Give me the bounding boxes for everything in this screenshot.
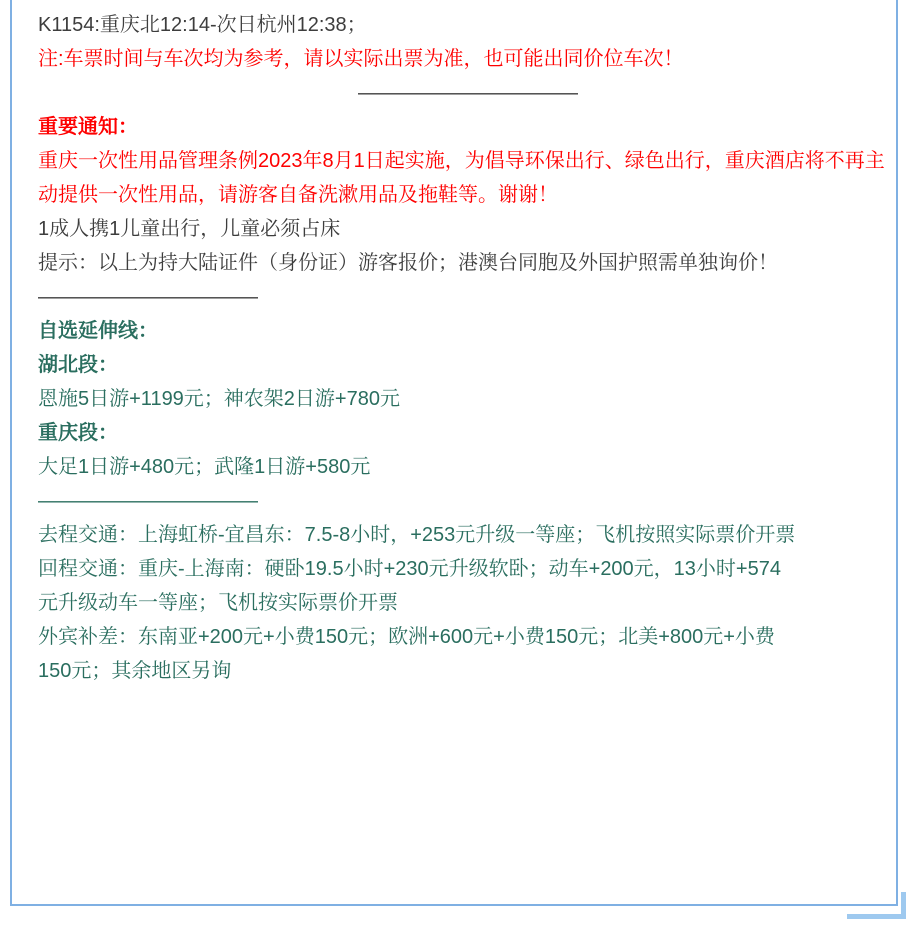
divider-centered: ——————————— <box>38 76 898 110</box>
foreign-guest-surcharge-paragraph: 外宾补差：东南亚+200元+小费150元；欧洲+600元+小费150元；北美+8… <box>38 620 898 688</box>
hubei-extension-prices-text: 恩施5日游+1199元；神农架2日游+780元 <box>38 382 898 416</box>
hubei-section-heading-text: 湖北段： <box>38 348 898 382</box>
foreign-guest-surcharge-line-2: 150元；其余地区另询 <box>38 654 898 688</box>
hubei-extension-prices: 恩施5日游+1199元；神农架2日游+780元 <box>38 382 898 416</box>
pricing-tip-text: 提示：以上为持大陆证件（身份证）游客报价；港澳台同胞及外国护照需单独询价！ <box>38 246 898 280</box>
important-notice-heading-text: 重要通知： <box>38 110 898 144</box>
divider-left-dark: ——————————— <box>38 280 898 314</box>
foreign-guest-surcharge-line-1: 外宾补差：东南亚+200元+小费150元；欧洲+600元+小费150元；北美+8… <box>38 620 898 654</box>
train-schedule-text: K1154:重庆北12:14-次日杭州12:38； <box>38 8 898 42</box>
ticket-disclaimer-text: 注:车票时间与车次均为参考，请以实际出票为准，也可能出同价位车次！ <box>38 42 898 76</box>
extension-lines-heading-text: 自选延伸线： <box>38 314 898 348</box>
outbound-transport-line: 去程交通：上海虹桥-宜昌东：7.5-8小时，+253元升级一等座；飞机按照实际票… <box>38 518 898 552</box>
content-frame: K1154:重庆北12:14-次日杭州12:38； 注:车票时间与车次均为参考，… <box>10 0 898 906</box>
itinerary-notes-body: K1154:重庆北12:14-次日杭州12:38； 注:车票时间与车次均为参考，… <box>38 8 898 688</box>
return-transport-line-2: 元升级动车一等座；飞机按实际票价开票 <box>38 586 898 620</box>
important-notice-heading: 重要通知： <box>38 110 898 144</box>
important-notice-paragraph: 重庆一次性用品管理条例2023年8月1日起实施，为倡导环保出行、绿色出行，重庆酒… <box>38 144 898 212</box>
outbound-transport-text: 去程交通：上海虹桥-宜昌东：7.5-8小时，+253元升级一等座；飞机按照实际票… <box>38 518 898 552</box>
child-policy-text: 1成人携1儿童出行，儿童必须占床 <box>38 212 898 246</box>
chongqing-section-heading: 重庆段： <box>38 416 898 450</box>
ticket-disclaimer-line: 注:车票时间与车次均为参考，请以实际出票为准，也可能出同价位车次！ <box>38 42 898 76</box>
return-transport-paragraph: 回程交通：重庆-上海南：硬卧19.5小时+230元升级软卧；动车+200元，13… <box>38 552 898 620</box>
important-notice-line-1: 重庆一次性用品管理条例2023年8月1日起实施，为倡导环保出行、绿色出行，重庆酒… <box>38 144 898 178</box>
important-notice-line-2: 动提供一次性用品，请游客自备洗漱用品及拖鞋等。谢谢！ <box>38 178 898 212</box>
hubei-section-heading: 湖北段： <box>38 348 898 382</box>
return-transport-line-1: 回程交通：重庆-上海南：硬卧19.5小时+230元升级软卧；动车+200元，13… <box>38 552 898 586</box>
chongqing-extension-prices-text: 大足1日游+480元；武隆1日游+580元 <box>38 450 898 484</box>
chongqing-section-heading-text: 重庆段： <box>38 416 898 450</box>
extension-lines-heading: 自选延伸线： <box>38 314 898 348</box>
chongqing-extension-prices: 大足1日游+480元；武隆1日游+580元 <box>38 450 898 484</box>
child-policy-block: 1成人携1儿童出行，儿童必须占床 提示：以上为持大陆证件（身份证）游客报价；港澳… <box>38 212 898 280</box>
divider-left-teal: ——————————— <box>38 484 898 518</box>
train-schedule-line: K1154:重庆北12:14-次日杭州12:38； <box>38 8 898 42</box>
bottom-right-corner-accent-horizontal <box>847 914 906 919</box>
